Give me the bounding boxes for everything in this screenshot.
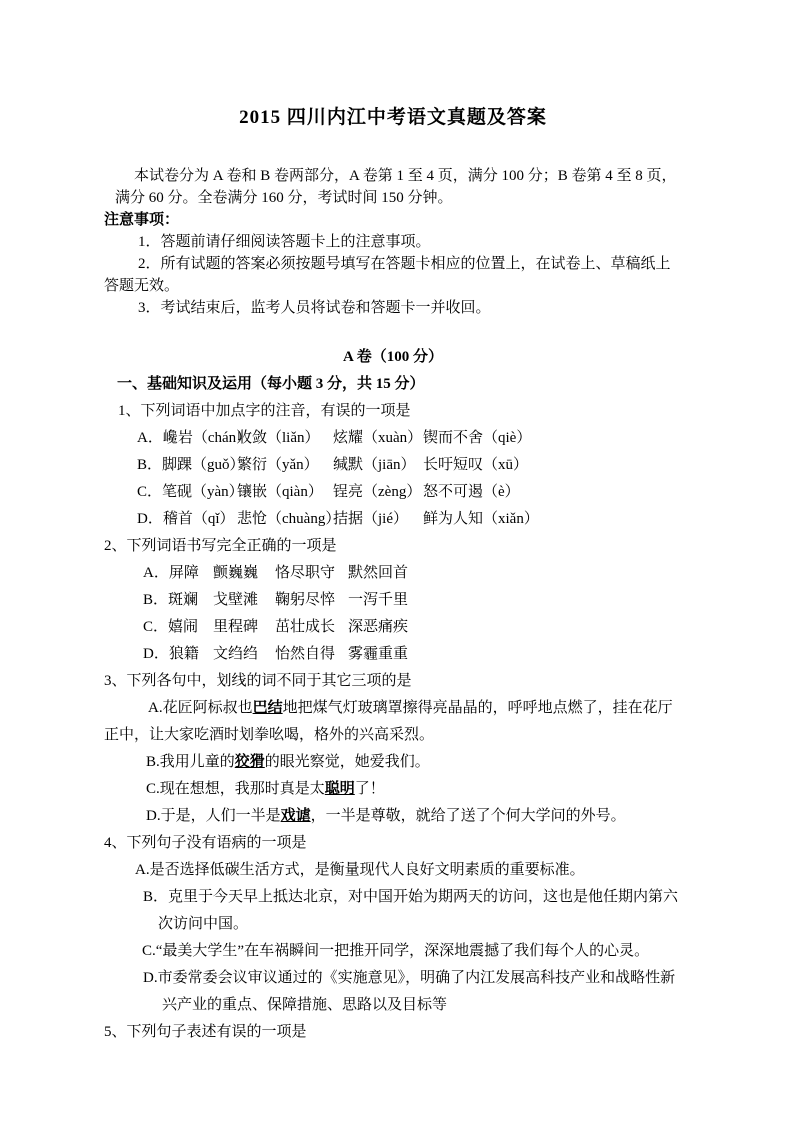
underlined-term: 狡猾 bbox=[235, 754, 265, 770]
question-5-stem: 5、下列句子表述有误的一项是 bbox=[104, 1019, 682, 1046]
question-1-option-d: D．稽首（qǐ）悲怆（chuàng）拮据（jié）鲜为人知（xiǎn） bbox=[104, 506, 682, 533]
question-2-option-a: A．屏障颤巍巍恪尽职守默然回首 bbox=[104, 560, 682, 587]
question-4-option-a: A.是否选择低碳生活方式，是衡量现代人良好文明素质的重要标准。 bbox=[104, 857, 682, 884]
question-2-option-d: D．狼籍文绉绉怡然自得雾霾重重 bbox=[104, 641, 682, 668]
text-segment: 了！ bbox=[355, 781, 385, 797]
word-item: C．笔砚（yàn） bbox=[137, 479, 237, 506]
word-item: 悲怆（chuàng） bbox=[237, 506, 333, 533]
text-segment: 的眼光察觉，她爱我们。 bbox=[265, 754, 430, 770]
text-segment: B.我用儿童的 bbox=[146, 754, 235, 770]
question-3-option-a: A.花匠阿标叔也巴结地把煤气灯玻璃罩擦得亮晶晶的，呼呼地点燃了，挂在花厅正中，让… bbox=[104, 695, 682, 749]
text-segment: A.花匠阿标叔也 bbox=[148, 700, 253, 716]
word-item: 戈壁滩 bbox=[213, 587, 275, 614]
question-3-option-b: B.我用儿童的狡猾的眼光察觉，她爱我们。 bbox=[104, 749, 682, 776]
question-1-option-c: C．笔砚（yàn）镶嵌（qiàn）锃亮（zèng）怒不可遏（è） bbox=[104, 479, 682, 506]
word-item: B．脚踝（guǒ） bbox=[137, 452, 237, 479]
word-item: D．狼籍 bbox=[143, 641, 213, 668]
question-1-option-b: B．脚踝（guǒ）繁衍（yǎn）缄默（jiān）长吁短叹（xū） bbox=[104, 452, 682, 479]
page-content: 2015 四川内江中考语文真题及答案 本试卷分为 A 卷和 B 卷两部分，A 卷… bbox=[104, 102, 682, 1046]
word-item: 锲而不舍（qiè） bbox=[423, 430, 531, 446]
question-3-stem: 3、下列各句中，划线的词不同于其它三项的是 bbox=[104, 668, 682, 695]
word-item: 恪尽职守 bbox=[275, 560, 348, 587]
part1-heading: 一、基础知识及运用（每小题 3 分，共 15 分） bbox=[104, 371, 682, 398]
word-item: 文绉绉 bbox=[213, 641, 275, 668]
question-3-option-d: D.于是，人们一半是戏谑，一半是尊敬，就给了送了个何大学问的外号。 bbox=[104, 803, 682, 830]
word-item: 长吁短叹（xū） bbox=[423, 457, 528, 473]
question-2-option-c: C．嬉闹里程碑茁壮成长深恶痛疾 bbox=[104, 614, 682, 641]
underlined-term: 聪明 bbox=[325, 781, 355, 797]
document-page: 2015 四川内江中考语文真题及答案 本试卷分为 A 卷和 B 卷两部分，A 卷… bbox=[0, 0, 794, 1123]
word-item: A．屏障 bbox=[143, 560, 213, 587]
notice-item-1: 1．答题前请仔细阅读答题卡上的注意事项。 bbox=[104, 231, 682, 253]
underlined-term: 戏谑 bbox=[281, 808, 311, 824]
word-item: 拮据（jié） bbox=[333, 506, 423, 533]
underlined-term: 巴结 bbox=[253, 700, 283, 716]
question-4-option-c: C.“最美大学生”在车祸瞬间一把推开同学，深深地震撼了我们每个人的心灵。 bbox=[104, 938, 682, 965]
word-item: 收敛（liǎn） bbox=[237, 425, 333, 452]
word-item: 深恶痛疾 bbox=[348, 619, 408, 635]
word-item: B．斑斓 bbox=[143, 587, 213, 614]
word-item: 缄默（jiān） bbox=[333, 452, 423, 479]
word-item: D．稽首（qǐ） bbox=[137, 506, 237, 533]
word-item: 里程碑 bbox=[213, 614, 275, 641]
word-item: 颤巍巍 bbox=[213, 560, 275, 587]
word-item: 鞠躬尽悴 bbox=[275, 587, 348, 614]
question-2-option-b: B．斑斓戈壁滩鞠躬尽悴一泻千里 bbox=[104, 587, 682, 614]
word-item: 一泻千里 bbox=[348, 592, 408, 608]
question-3-option-c: C.现在想想，我那时真是太聪明了！ bbox=[104, 776, 682, 803]
page-title: 2015 四川内江中考语文真题及答案 bbox=[104, 102, 682, 129]
word-item: 鲜为人知（xiǎn） bbox=[423, 511, 539, 527]
word-item: 繁衍（yǎn） bbox=[237, 452, 333, 479]
word-item: C．嬉闹 bbox=[143, 614, 213, 641]
text-segment: ，一半是尊敬，就给了送了个何大学问的外号。 bbox=[311, 808, 626, 824]
question-4-option-b: B．克里于今天早上抵达北京，对中国开始为期两天的访问，这也是他任期内第六次访问中… bbox=[104, 884, 682, 938]
intro-paragraph: 本试卷分为 A 卷和 B 卷两部分，A 卷第 1 至 4 页，满分 100 分；… bbox=[104, 165, 682, 209]
word-item: 雾霾重重 bbox=[348, 646, 408, 662]
section-a-heading: A 卷（100 分） bbox=[104, 344, 682, 371]
word-item: 镶嵌（qiàn） bbox=[237, 479, 333, 506]
word-item: 锃亮（zèng） bbox=[333, 479, 423, 506]
question-2-stem: 2、下列词语书写完全正确的一项是 bbox=[104, 533, 682, 560]
text-segment: C.现在想想，我那时真是太 bbox=[146, 781, 325, 797]
notice-heading: 注意事项： bbox=[104, 209, 682, 231]
question-1-option-a: A．巉岩（chán）收敛（liǎn）炫耀（xuàn）锲而不舍（qiè） bbox=[104, 425, 682, 452]
intro-section: 本试卷分为 A 卷和 B 卷两部分，A 卷第 1 至 4 页，满分 100 分；… bbox=[104, 165, 682, 319]
word-item: 炫耀（xuàn） bbox=[333, 425, 423, 452]
text-segment: D.于是，人们一半是 bbox=[146, 808, 281, 824]
question-1-stem: 1、下列词语中加点字的注音，有误的一项是 bbox=[104, 398, 682, 425]
word-item: 茁壮成长 bbox=[275, 614, 348, 641]
exam-section: A 卷（100 分） 一、基础知识及运用（每小题 3 分，共 15 分） 1、下… bbox=[104, 344, 682, 1046]
question-4-stem: 4、下列句子没有语病的一项是 bbox=[104, 830, 682, 857]
word-item: 怡然自得 bbox=[275, 641, 348, 668]
word-item: A．巉岩（chán） bbox=[137, 425, 237, 452]
word-item: 默然回首 bbox=[348, 565, 408, 581]
notice-item-2: 2．所有试题的答案必须按题号填写在答题卡相应的位置上，在试卷上、草稿纸上答题无效… bbox=[104, 253, 682, 297]
word-item: 怒不可遏（è） bbox=[423, 484, 520, 500]
question-4-option-d: D.市委常委会议审议通过的《实施意见》，明确了内江发展高科技产业和战略性新兴产业… bbox=[104, 965, 682, 1019]
notice-item-3: 3．考试结束后，监考人员将试卷和答题卡一并收回。 bbox=[104, 297, 682, 319]
